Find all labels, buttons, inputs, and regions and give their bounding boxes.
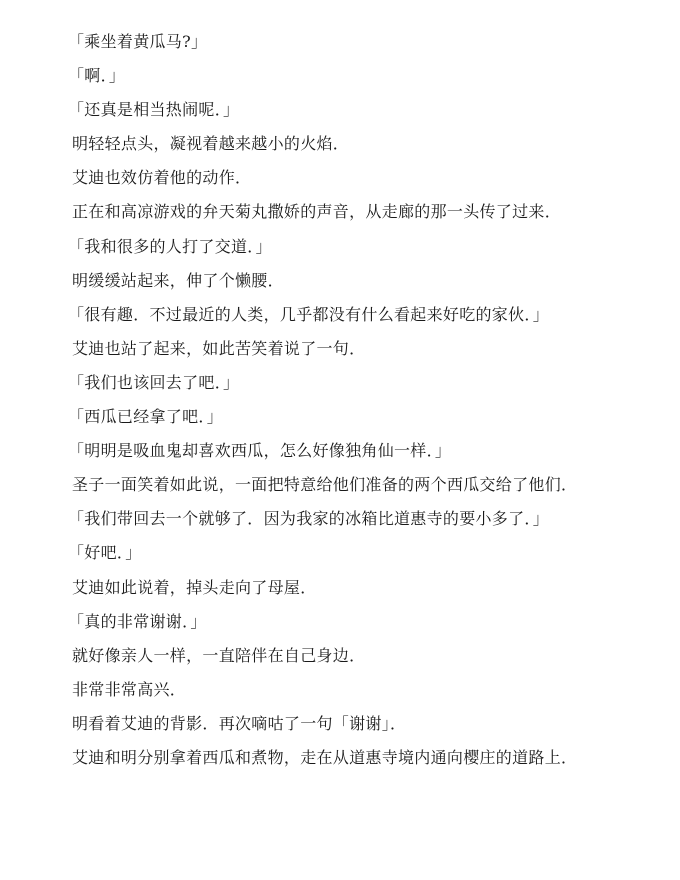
dialog-line: 「乘坐着黄瓜马?」 xyxy=(68,30,652,64)
dialog-line: 「真的非常谢谢．」 xyxy=(68,610,652,644)
dialog-line: 「我和很多的人打了交道．」 xyxy=(68,235,652,269)
narration-line: 正在和高凉游戏的弁天菊丸撒娇的声音，从走廊的那一头传了过来． xyxy=(72,200,652,234)
document-page: 「乘坐着黄瓜马?」 「啊．」 「还真是相当热闹呢．」 明轻轻点头，凝视着越来越小… xyxy=(72,30,652,780)
dialog-line: 「我们带回去一个就够了．因为我家的冰箱比道惠寺的要小多了．」 xyxy=(68,507,652,541)
dialog-line: 「好吧．」 xyxy=(68,541,652,575)
narration-line: 圣子一面笑着如此说，一面把特意给他们准备的两个西瓜交给了他们． xyxy=(72,473,652,507)
dialog-line: 「明明是吸血鬼却喜欢西瓜，怎么好像独角仙一样．」 xyxy=(68,439,652,473)
dialog-line: 「我们也该回去了吧．」 xyxy=(68,371,652,405)
dialog-line: 「啊．」 xyxy=(68,64,652,98)
narration-line: 非常非常高兴． xyxy=(72,678,652,712)
narration-line: 艾迪也效仿着他的动作． xyxy=(72,166,652,200)
narration-line: 艾迪如此说着，掉头走向了母屋． xyxy=(72,576,652,610)
dialog-line: 「西瓜已经拿了吧．」 xyxy=(68,405,652,439)
narration-line: 明看着艾迪的背影．再次嘀咕了一句「谢谢」． xyxy=(72,712,652,746)
narration-line: 艾迪和明分别拿着西瓜和煮物，走在从道惠寺境内通向樱庄的道路上． xyxy=(72,746,652,780)
narration-line: 艾迪也站了起来，如此苦笑着说了一句． xyxy=(72,337,652,371)
narration-line: 明缓缓站起来，伸了个懒腰． xyxy=(72,269,652,303)
dialog-line: 「很有趣．不过最近的人类，几乎都没有什么看起来好吃的家伙．」 xyxy=(68,303,652,337)
narration-line: 就好像亲人一样，一直陪伴在自己身边． xyxy=(72,644,652,678)
dialog-line: 「还真是相当热闹呢．」 xyxy=(68,98,652,132)
narration-line: 明轻轻点头，凝视着越来越小的火焰． xyxy=(72,132,652,166)
